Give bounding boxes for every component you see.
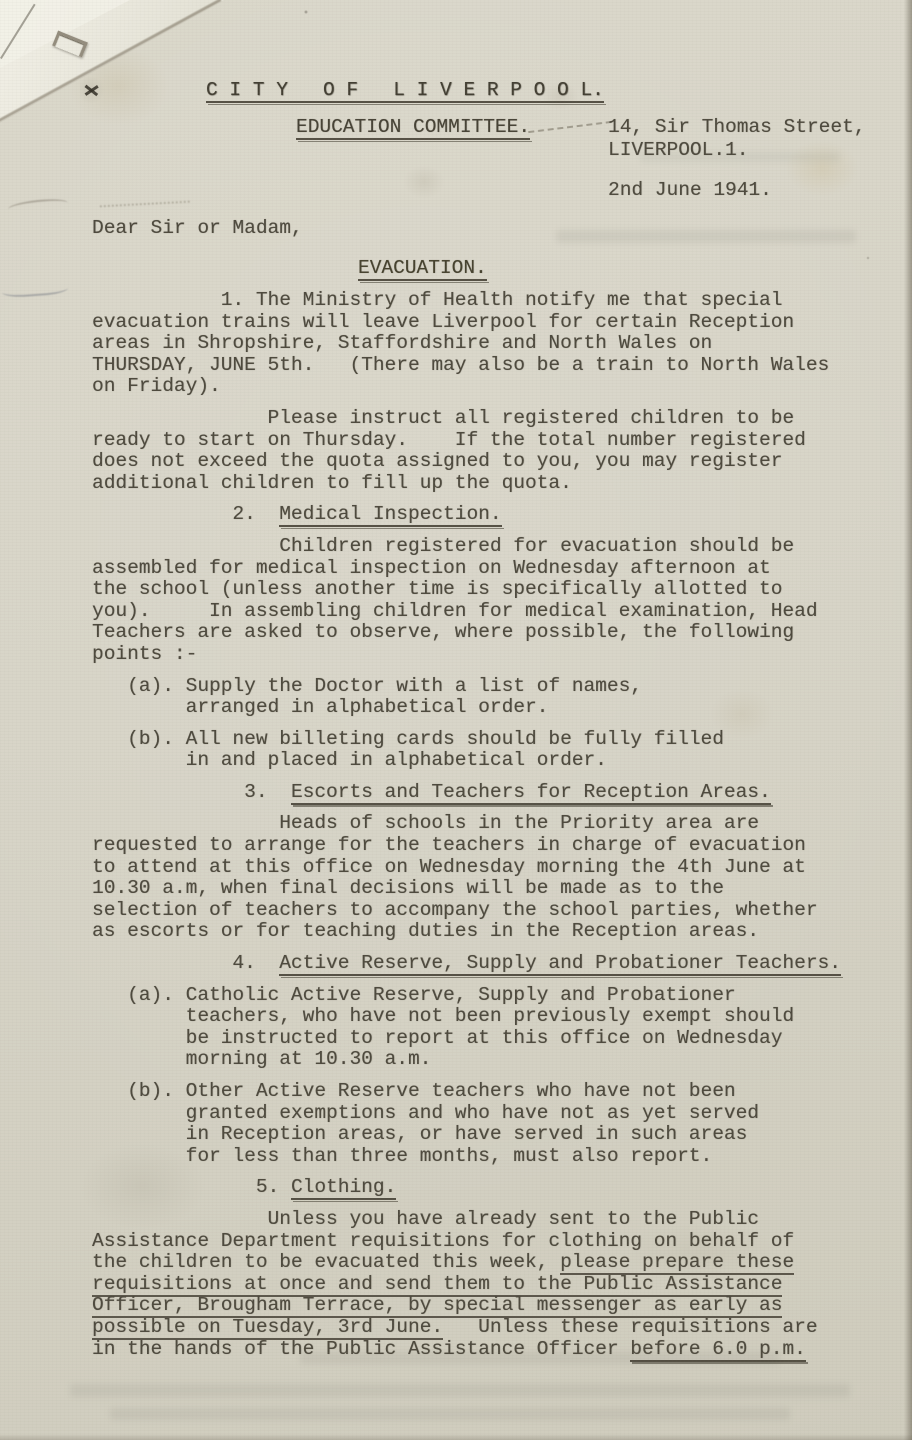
- document-line: the children to be evacuated this week, …: [92, 1252, 841, 1274]
- text-run: Unless you have already sent to the Publ…: [92, 1208, 759, 1230]
- text-run: the school (unless another time is speci…: [92, 578, 782, 600]
- document-line: 10.30 a.m, when final decisions will be …: [92, 878, 841, 900]
- pencil-dash-line: [528, 121, 612, 133]
- pencil-scribble: [2, 280, 69, 299]
- document-line: possible on Tuesday, 3rd June. Unless th…: [92, 1317, 841, 1339]
- underlined-text: Officer, Brougham Terrace, by special me…: [92, 1294, 782, 1318]
- text-run: 10.30 a.m, when final decisions will be …: [92, 877, 724, 899]
- text-run: Heads of schools in the Priority area ar…: [92, 812, 759, 834]
- text-run: (a). Catholic Active Reserve, Supply and…: [92, 984, 736, 1006]
- text-run: be instructed to report at this office o…: [92, 1027, 782, 1049]
- text-run: areas in Shropshire, Staffordshire and N…: [92, 332, 712, 354]
- document-line: Unless you have already sent to the Publ…: [92, 1209, 841, 1231]
- text-run: Unless these requisitions are: [443, 1316, 817, 1338]
- text-run: teachers, who have not been previously e…: [92, 1005, 794, 1027]
- text-run: 3.: [92, 781, 291, 803]
- document-line: requisitions at once and send them to th…: [92, 1274, 841, 1296]
- document-line: in and placed in alphabetical order.: [92, 750, 841, 772]
- salutation: Dear Sir or Madam,: [92, 217, 303, 239]
- document-line: in the hands of the Public Assistance Of…: [92, 1339, 841, 1361]
- committee-heading: EDUCATION COMMITTEE.: [296, 116, 530, 138]
- document-line: (b). Other Active Reserve teachers who h…: [92, 1081, 841, 1103]
- text-run: requested to arrange for the teachers in…: [92, 834, 806, 856]
- text-run: morning at 10.30 a.m.: [92, 1048, 431, 1070]
- document-line: teachers, who have not been previously e…: [92, 1006, 841, 1028]
- text-run: 5.: [92, 1176, 291, 1198]
- document-line: (a). Supply the Doctor with a list of na…: [92, 676, 841, 698]
- pencil-scribble: [100, 201, 190, 216]
- document-line: Children registered for evacuation shoul…: [92, 536, 841, 558]
- document-line: on Friday).: [92, 376, 841, 398]
- text-run: THURSDAY, JUNE 5th. (There may also be a…: [92, 354, 829, 376]
- text-run: as escorts or for teaching duties in the…: [92, 920, 759, 942]
- document-line: (a). Catholic Active Reserve, Supply and…: [92, 985, 841, 1007]
- document-line: granted exemptions and who have not as y…: [92, 1103, 841, 1125]
- letterhead: C I T Y O F L I V E R P O O L.: [206, 79, 604, 101]
- underlined-text: Escorts and Teachers for Reception Areas…: [291, 781, 771, 805]
- document-line: evacuation trains will leave Liverpool f…: [92, 312, 841, 334]
- text-run: you). In assembling children for medical…: [92, 600, 818, 622]
- document-line: areas in Shropshire, Staffordshire and N…: [92, 333, 841, 355]
- text-run: 2.: [92, 503, 279, 525]
- document-line: Officer, Brougham Terrace, by special me…: [92, 1295, 841, 1317]
- text-run: points :-: [92, 643, 197, 665]
- document-line: 4. Active Reserve, Supply and Probatione…: [92, 953, 841, 975]
- text-run: in and placed in alphabetical order.: [92, 749, 607, 771]
- text-run: (b). Other Active Reserve teachers who h…: [92, 1080, 736, 1102]
- scanned-letter-page: C I T Y O F L I V E R P O O L. EDUCATION…: [0, 0, 912, 1440]
- document-line: morning at 10.30 a.m.: [92, 1049, 841, 1071]
- text-run: in the hands of the Public Assistance Of…: [92, 1338, 630, 1360]
- document-line: be instructed to report at this office o…: [92, 1028, 841, 1050]
- document-line: additional children to fill up the quota…: [92, 473, 841, 495]
- document-line: Assistance Department requisitions for c…: [92, 1231, 841, 1253]
- text-run: for less than three months, must also re…: [92, 1145, 712, 1167]
- subject-title: EVACUATION.: [358, 257, 487, 281]
- document-line: arranged in alphabetical order.: [92, 697, 841, 719]
- underlined-text: please prepare these: [560, 1251, 794, 1275]
- text-run: to attend at this office on Wednesday mo…: [92, 856, 806, 878]
- text-run: assembled for medical inspection on Wedn…: [92, 557, 771, 579]
- text-run: 4.: [92, 952, 279, 974]
- committee-title: EDUCATION COMMITTEE.: [296, 116, 530, 140]
- document-line: to attend at this office on Wednesday mo…: [92, 857, 841, 879]
- document-line: for less than three months, must also re…: [92, 1146, 841, 1168]
- document-body: 1. The Ministry of Health notify me that…: [92, 290, 841, 1360]
- text-run: selection of teachers to accompany the s…: [92, 899, 818, 921]
- text-run: arranged in alphabetical order.: [92, 696, 548, 718]
- document-line: 5. Clothing.: [92, 1177, 841, 1199]
- document-line: (b). All new billeting cards should be f…: [92, 729, 841, 751]
- bleedthrough-text: [70, 1384, 850, 1397]
- text-run: (a). Supply the Doctor with a list of na…: [92, 675, 642, 697]
- document-line: 2. Medical Inspection.: [92, 504, 841, 526]
- document-line: assembled for medical inspection on Wedn…: [92, 558, 841, 580]
- underlined-text: before 6.0 p.m.: [630, 1338, 806, 1362]
- subject-heading: EVACUATION.: [358, 257, 487, 279]
- underlined-text: Active Reserve, Supply and Probationer T…: [279, 952, 841, 976]
- document-line: in Reception areas, or have served in su…: [92, 1124, 841, 1146]
- bleedthrough-text: [556, 230, 856, 243]
- document-line: points :-: [92, 644, 841, 666]
- text-run: Children registered for evacuation shoul…: [92, 535, 794, 557]
- document-line: Please instruct all registered children …: [92, 408, 841, 430]
- document-line: as escorts or for teaching duties in the…: [92, 921, 841, 943]
- document-line: 3. Escorts and Teachers for Reception Ar…: [92, 782, 841, 804]
- text-run: (b). All new billeting cards should be f…: [92, 728, 724, 750]
- text-run: the children to be evacuated this week,: [92, 1251, 560, 1273]
- document-line: you). In assembling children for medical…: [92, 601, 841, 623]
- document-line: requested to arrange for the teachers in…: [92, 835, 841, 857]
- text-run: 1. The Ministry of Health notify me that…: [92, 289, 782, 311]
- text-run: in Reception areas, or have served in su…: [92, 1123, 747, 1145]
- underlined-text: possible on Tuesday, 3rd June.: [92, 1316, 443, 1340]
- bleedthrough-text: [110, 1408, 790, 1420]
- document-line: ready to start on Thursday. If the total…: [92, 430, 841, 452]
- document-line: does not exceed the quota assigned to yo…: [92, 451, 841, 473]
- text-run: Teachers are asked to observe, where pos…: [92, 621, 794, 643]
- text-run: evacuation trains will leave Liverpool f…: [92, 311, 794, 333]
- underlined-text: Clothing.: [291, 1176, 396, 1200]
- city-title: C I T Y O F L I V E R P O O L.: [206, 79, 604, 103]
- document-line: 1. The Ministry of Health notify me that…: [92, 290, 841, 312]
- scan-edge-shadow-bottom: [0, 1434, 912, 1440]
- pencil-scribble: [8, 197, 69, 215]
- address-line-2: LIVERPOOL.1.: [608, 139, 748, 161]
- address-line-1: 14, Sir Thomas Street,: [608, 116, 865, 138]
- text-run: additional children to fill up the quota…: [92, 472, 572, 494]
- text-run: Please instruct all registered children …: [92, 407, 794, 429]
- scan-edge-shadow: [904, 0, 912, 1440]
- text-run: Assistance Department requisitions for c…: [92, 1230, 794, 1252]
- text-run: granted exemptions and who have not as y…: [92, 1102, 759, 1124]
- document-line: Teachers are asked to observe, where pos…: [92, 622, 841, 644]
- document-line: Heads of schools in the Priority area ar…: [92, 813, 841, 835]
- underlined-text: Medical Inspection.: [279, 503, 501, 527]
- text-run: on Friday).: [92, 375, 221, 397]
- document-line: the school (unless another time is speci…: [92, 579, 841, 601]
- text-run: ready to start on Thursday. If the total…: [92, 429, 806, 451]
- letter-date: 2nd June 1941.: [608, 179, 772, 201]
- document-line: selection of teachers to accompany the s…: [92, 900, 841, 922]
- ink-blot: [80, 78, 104, 104]
- text-run: does not exceed the quota assigned to yo…: [92, 450, 782, 472]
- document-line: THURSDAY, JUNE 5th. (There may also be a…: [92, 355, 841, 377]
